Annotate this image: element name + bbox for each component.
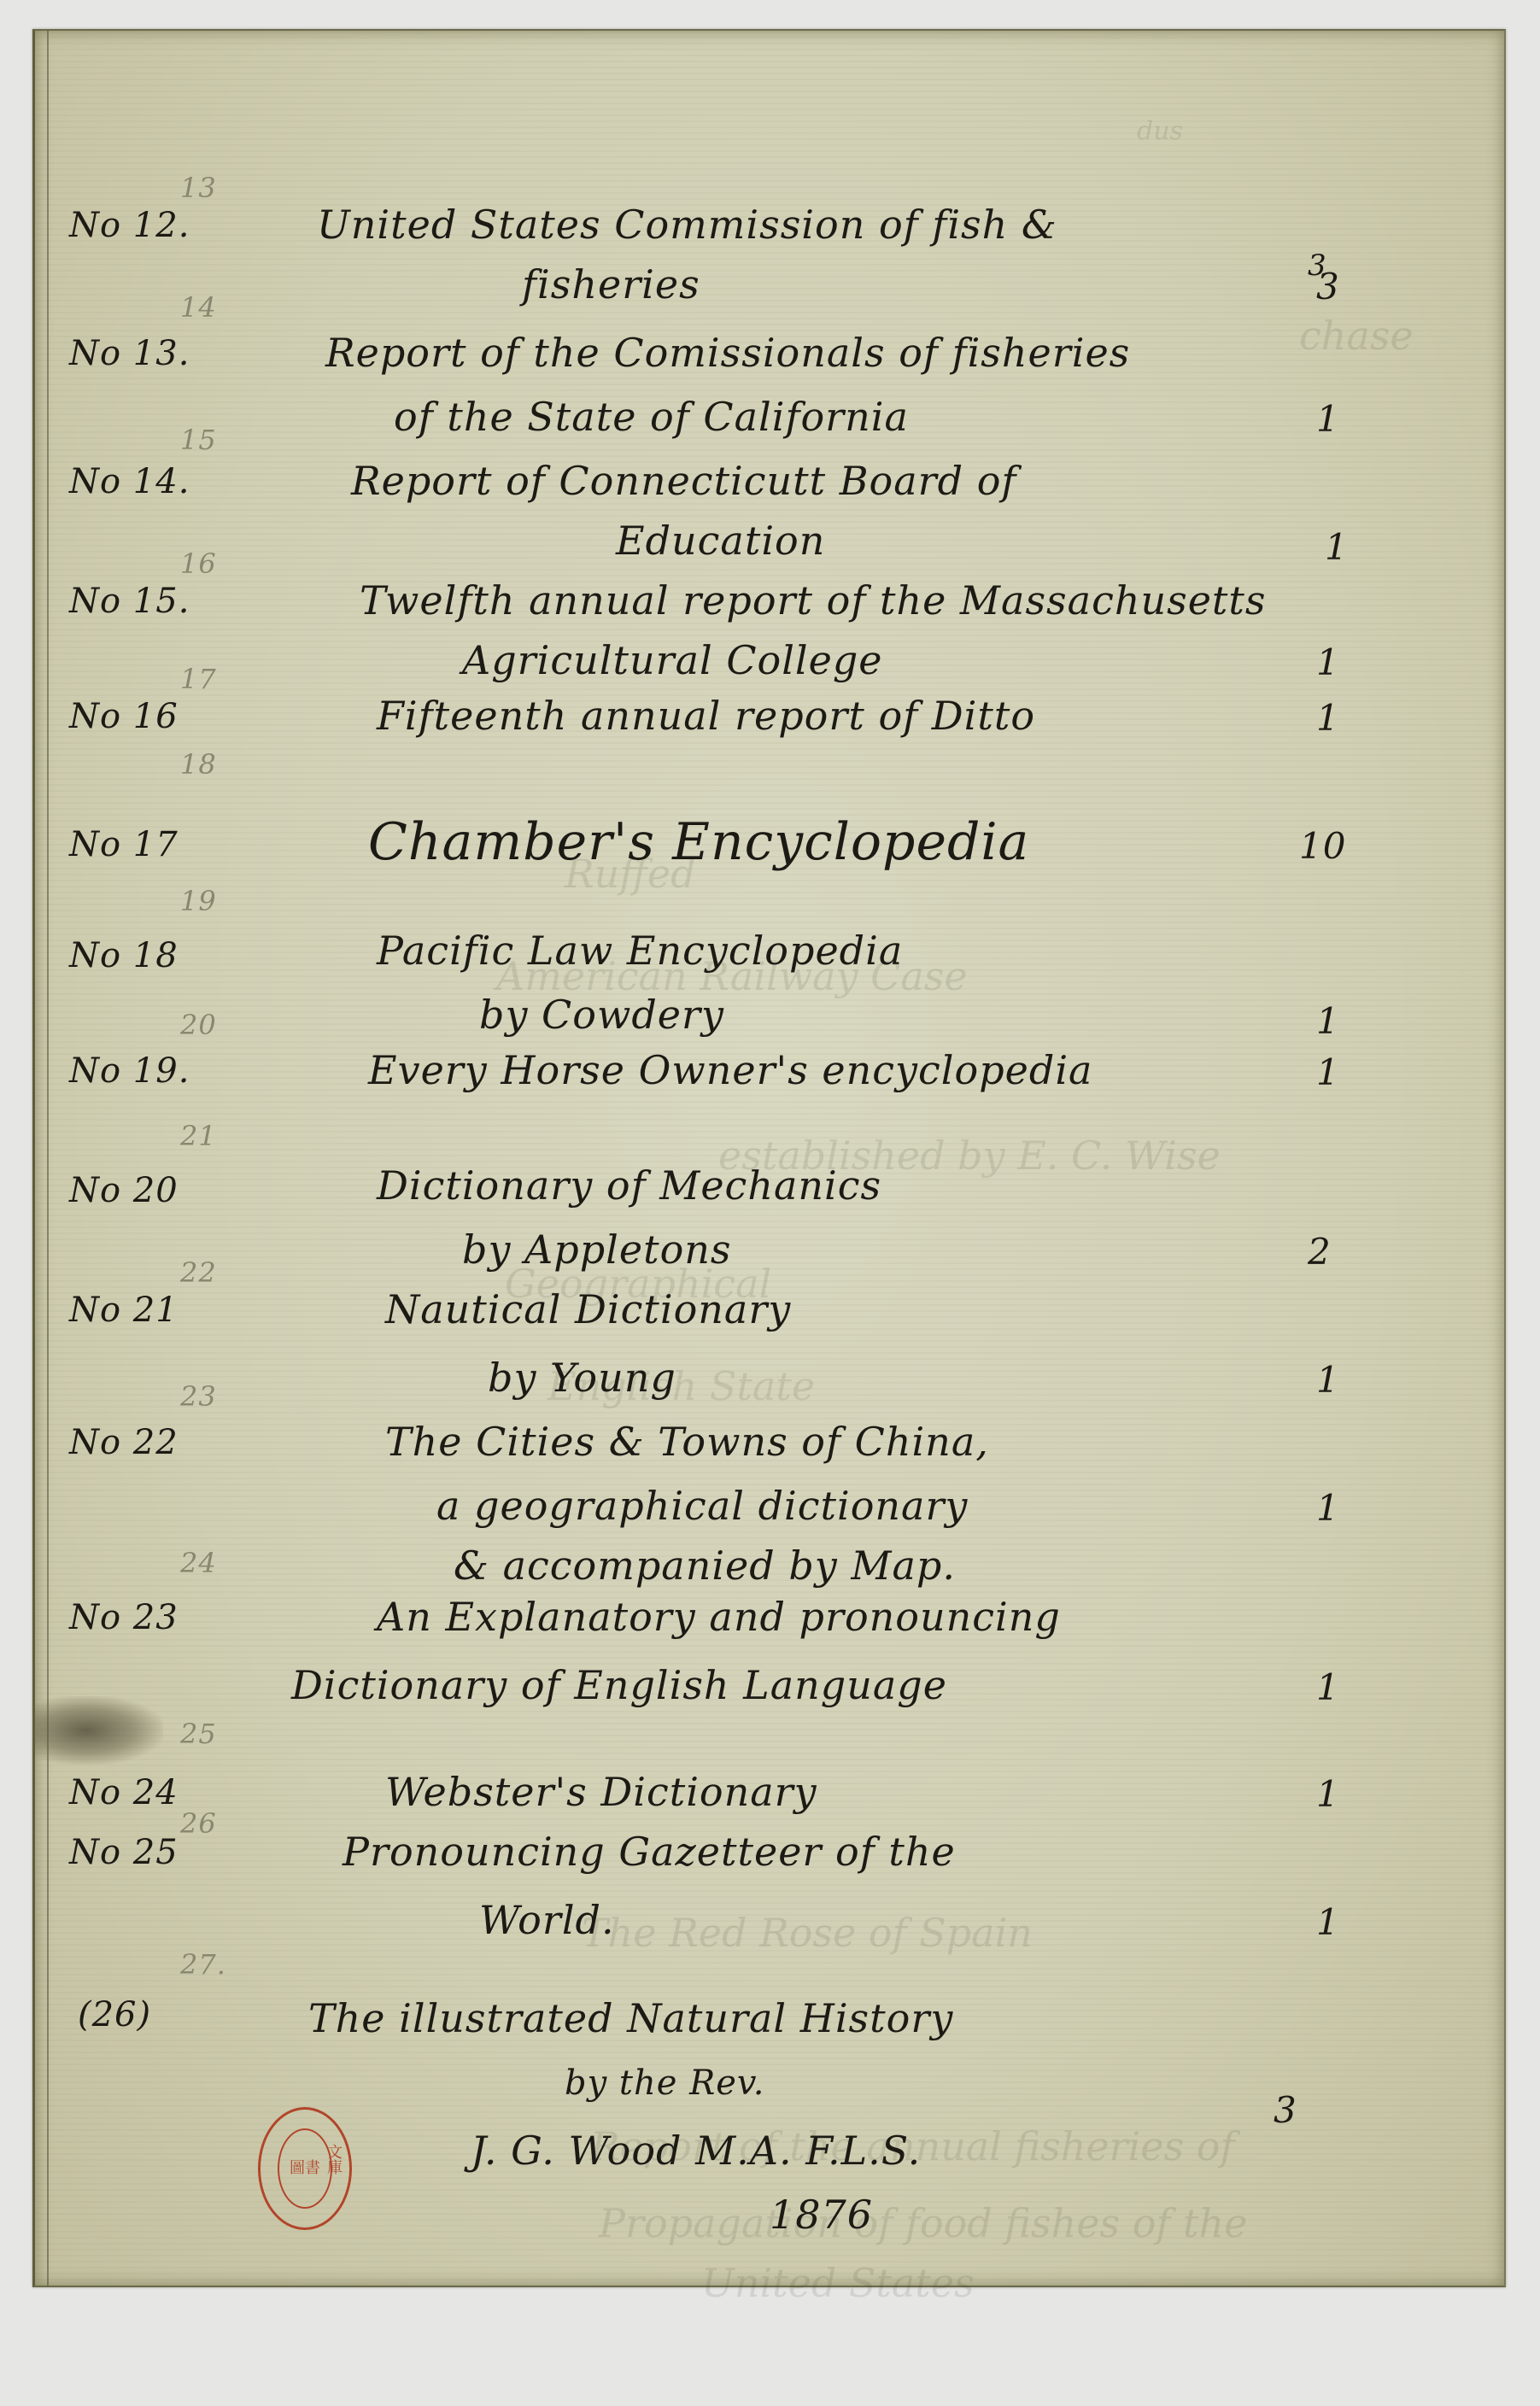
entry-title-line: of the State of California	[394, 394, 909, 440]
pencil-number: 17	[180, 663, 217, 695]
entry-quantity: 1	[1316, 1051, 1340, 1093]
bleed-through-text: Propagation of food fishes of the	[599, 2200, 1247, 2246]
pencil-number: 14	[180, 291, 217, 324]
entry-title-line: Report of Connecticutt Board of	[351, 458, 1016, 504]
entry-title-line: 1876	[770, 2192, 873, 2238]
entry-quantity: 1	[1316, 697, 1340, 739]
entry-quantity: 1	[1316, 1666, 1340, 1708]
bleed-through-text: dus	[1137, 116, 1183, 146]
entry-number: No 13.	[69, 334, 190, 373]
pencil-number: 23	[180, 1380, 217, 1413]
pencil-number: 15	[180, 424, 217, 456]
entry-number: No 24	[69, 1773, 179, 1812]
pencil-number: 21	[180, 1120, 217, 1152]
entry-quantity: 1	[1316, 1000, 1340, 1042]
pencil-number: 16	[180, 547, 217, 580]
entry-title-line: World.	[479, 1897, 615, 1943]
bleed-through-text: United States	[701, 2260, 975, 2306]
bleed-through-text: chase	[1299, 313, 1414, 359]
entry-title-line: Every Horse Owner's encyclopedia	[368, 1047, 1092, 1093]
entry-title-line: The illustrated Natural History	[308, 1995, 953, 2041]
entry-quantity: 1	[1316, 641, 1340, 683]
entry-title-line: by Cowdery	[479, 992, 724, 1038]
pencil-number: 27.	[180, 1948, 226, 1981]
entry-number: No 12.	[69, 206, 190, 245]
entry-title-line: Pronouncing Gazetteer of the	[343, 1829, 956, 1875]
entry-title-line: fisheries	[522, 261, 700, 307]
entry-quantity: 1	[1316, 1487, 1340, 1529]
fold-line	[47, 31, 49, 2286]
pencil-number: 26	[180, 1807, 217, 1840]
entry-title-line: a geographical dictionary	[436, 1483, 968, 1529]
pencil-number: 19	[180, 885, 217, 917]
entry-title-line: by the Rev.	[565, 2064, 765, 2103]
entry-title-line: United States Commission of fish &	[317, 202, 1057, 248]
entry-number: No 25	[69, 1833, 179, 1872]
ink-stain	[35, 1696, 163, 1765]
entry-title-line: J. G. Wood M.A. F.L.S.	[471, 2128, 921, 2174]
entry-title-line: Dictionary of Mechanics	[377, 1162, 881, 1209]
pencil-number: 13	[180, 172, 217, 204]
entry-number: No 21	[69, 1291, 179, 1330]
document-page: dus chase Ruffed American Railway Case e…	[32, 29, 1506, 2287]
entry-quantity: 2	[1308, 1231, 1332, 1273]
entry-title-line: by Appletons	[462, 1226, 732, 1273]
entry-title-line: Chamber's Encyclopedia	[368, 812, 1029, 872]
pencil-number: 22	[180, 1256, 217, 1289]
entry-number: No 22	[69, 1423, 179, 1462]
entry-quantity: 1	[1316, 1773, 1340, 1815]
entry-title-line: Report of the Comissionals of fisheries	[325, 330, 1130, 376]
entry-quantity: 1	[1316, 1359, 1340, 1401]
entry-number: No 14.	[69, 462, 190, 501]
library-seal-stamp: 圖書 文庫	[258, 2107, 352, 2230]
entry-number: No 18	[69, 936, 179, 975]
entry-number: No 19.	[69, 1051, 190, 1091]
entry-title-line: by Young	[488, 1355, 676, 1401]
pencil-number: 18	[180, 748, 217, 781]
entry-number: No 16	[69, 697, 179, 736]
entry-number: No 17	[69, 825, 179, 864]
entry-title-line: Webster's Dictionary	[385, 1769, 817, 1815]
entry-title-line: The Cities & Towns of China,	[385, 1419, 989, 1465]
entry-quantity: 1	[1325, 526, 1349, 568]
entry-number: No 15.	[69, 582, 190, 621]
entry-title-line: & accompanied by Map.	[454, 1543, 956, 1589]
entry-quantity: 1	[1316, 1901, 1340, 1943]
entry-title-line: Nautical Dictionary	[385, 1286, 791, 1332]
entry-quantity: 3	[1274, 2089, 1297, 2131]
entry-quantity: 1	[1316, 398, 1340, 440]
entry-title-line: Twelfth annual report of the Massachuset…	[360, 577, 1267, 623]
entry-quantity: 3	[1316, 266, 1340, 307]
entry-title-line: Agricultural College	[462, 637, 883, 683]
entry-title-line: Dictionary of English Language	[291, 1662, 947, 1708]
entry-quantity: 10	[1299, 825, 1346, 867]
entry-title-line: Pacific Law Encyclopedia	[377, 928, 903, 974]
pencil-number: 24	[180, 1547, 217, 1579]
pencil-number: 25	[180, 1718, 217, 1750]
stamp-side-text: 文庫	[322, 2144, 344, 2175]
entry-number: No 23	[69, 1598, 179, 1637]
entry-number: (26)	[78, 1995, 151, 2034]
entry-title-line: Education	[616, 518, 825, 564]
pencil-number: 20	[180, 1009, 217, 1041]
entry-title-line: Fifteenth annual report of Ditto	[377, 693, 1035, 739]
entry-title-line: An Explanatory and pronouncing	[377, 1594, 1061, 1640]
bleed-through-text: The Red Rose of Spain	[582, 1910, 1033, 1956]
entry-number: No 20	[69, 1171, 179, 1210]
